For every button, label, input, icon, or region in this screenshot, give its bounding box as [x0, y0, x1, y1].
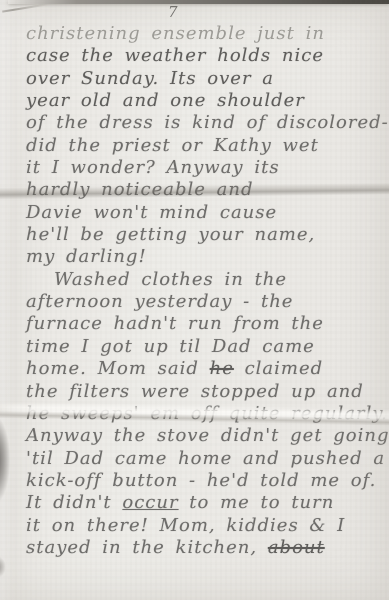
handwritten-line: it on there! Mom, kiddies & I — [26, 515, 385, 537]
handwritten-line: christening ensemble just in — [26, 23, 385, 45]
handwritten-line: It didn't occur to me to turn — [26, 492, 385, 514]
handwritten-line: 'til Dad came home and pushed a — [26, 448, 385, 470]
underlined-word: occur — [122, 492, 178, 513]
handwritten-line: case the weather holds nice — [26, 45, 385, 67]
handwritten-line: Washed clothes in the — [26, 269, 385, 291]
handwritten-line: furnace hadn't run from the — [26, 313, 385, 335]
paper-left-highlight — [0, 0, 14, 600]
line-text: It didn't — [26, 492, 122, 513]
handwritten-line: he'll be getting your name, — [26, 224, 385, 246]
handwritten-line: hardly noticeable and — [26, 179, 385, 201]
letter-body: christening ensemble just in case the we… — [26, 23, 385, 559]
page-number: 7 — [168, 3, 178, 21]
handwritten-line: the filters were stopped up and — [26, 381, 385, 403]
handwritten-line: of the dress is kind of discolored- — [26, 112, 385, 134]
handwritten-line: time I got up til Dad came — [26, 336, 385, 358]
struck-out-word: about — [268, 537, 325, 558]
handwritten-line: Anyway the stove didn't get going — [26, 425, 385, 447]
paper-corner-crease — [2, 3, 48, 12]
handwritten-line: my darling! — [26, 246, 385, 268]
handwritten-line: stayed in the kitchen, about — [26, 537, 385, 559]
line-text: claimed — [234, 358, 323, 379]
left-edge-shadow — [0, 416, 10, 504]
scan-top-edge — [8, 0, 389, 4]
line-text: home. Mom said — [26, 358, 210, 379]
handwritten-line: year old and one shoulder — [26, 90, 385, 112]
line-text: stayed in the kitchen, — [26, 537, 268, 558]
struck-out-word: he — [210, 358, 234, 379]
handwritten-line: kick-off button - he'd told me of. — [26, 470, 385, 492]
handwritten-line: afternoon yesterday - the — [26, 291, 385, 313]
handwritten-letter-scan: 7 christening ensemble just in case the … — [0, 0, 389, 600]
handwritten-line: it I wonder? Anyway its — [26, 157, 385, 179]
handwritten-line: Davie won't mind cause — [26, 202, 385, 224]
left-edge-smudge — [0, 556, 6, 578]
handwritten-line: home. Mom said he claimed — [26, 358, 385, 380]
handwritten-line: he sweeps' em off quite regularly. — [26, 403, 385, 425]
line-text: to me to turn — [179, 492, 335, 513]
handwritten-line: over Sunday. Its over a — [26, 68, 385, 90]
handwritten-line: did the priest or Kathy wet — [26, 135, 385, 157]
